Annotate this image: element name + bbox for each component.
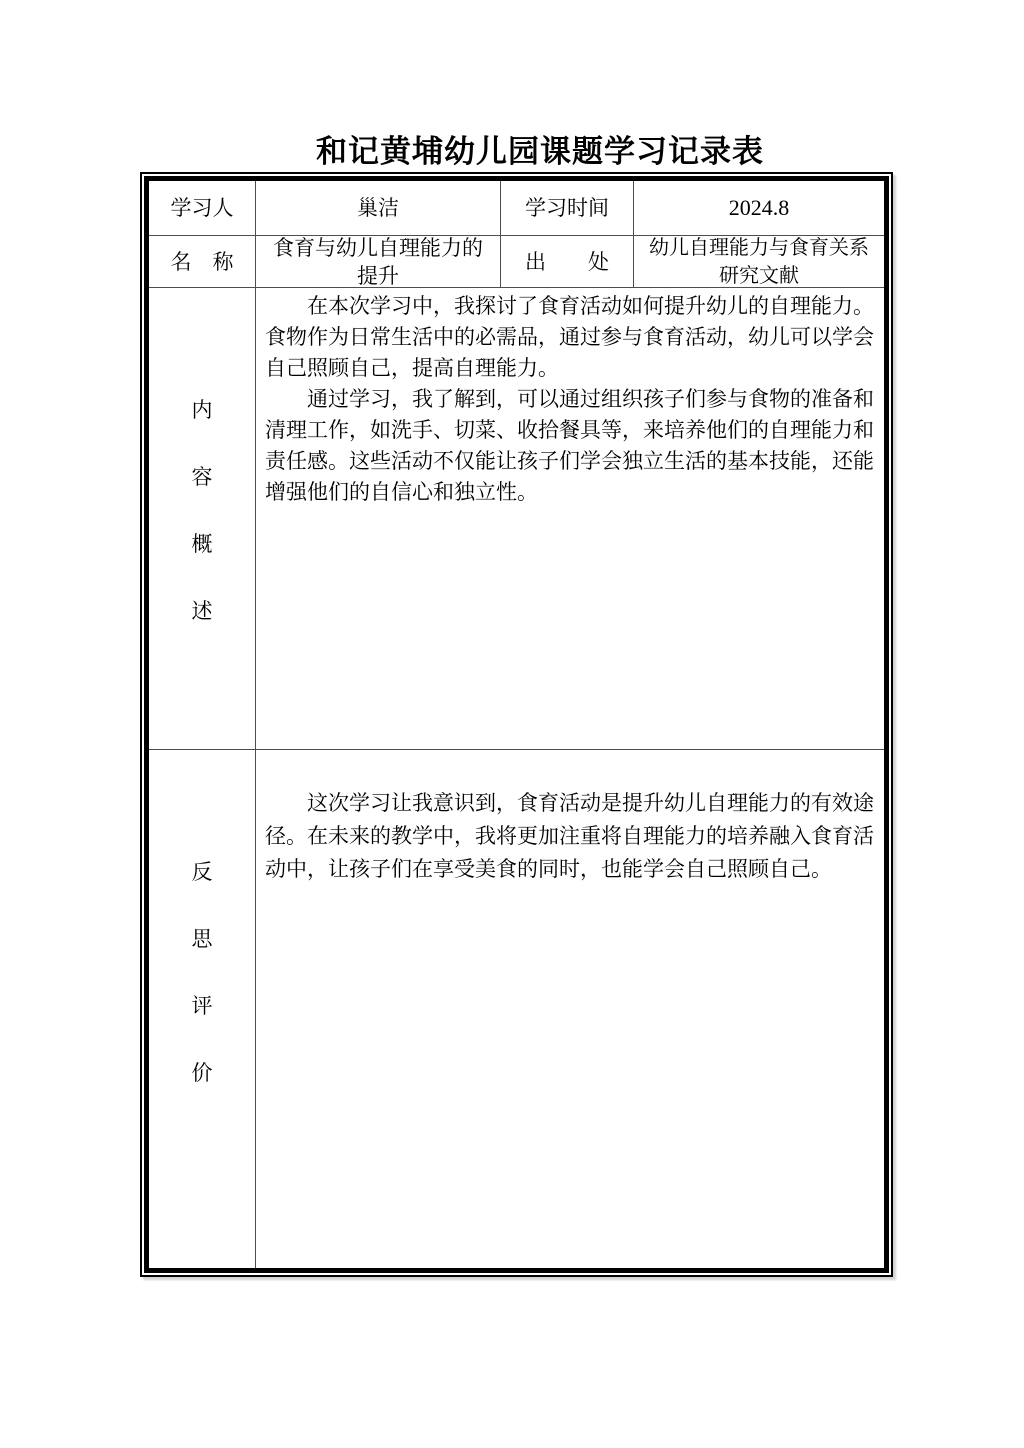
summary-label-cell: 内 容 概 述: [149, 288, 256, 749]
source-label-cell: 出 处: [501, 236, 634, 287]
name-label-cell: 名 称: [149, 236, 256, 287]
summary-paragraph: 通过学习，我了解到，可以通过组织孩子们参与食物的准备和清理工作，如洗手、切菜、收…: [265, 384, 874, 508]
summary-label-char: 概: [192, 534, 213, 555]
learner-label-cell: 学习人: [149, 181, 256, 235]
table-row-name: 名 称 食育与幼儿自理能力的提升 出 处 幼儿自理能力与食育关系研究文献: [149, 236, 884, 288]
learner-value-cell: 巢洁: [256, 181, 501, 235]
study-time-label-cell: 学习时间: [501, 181, 634, 235]
reflection-paragraph: 这次学习让我意识到，食育活动是提升幼儿自理能力的有效途径。在未来的教学中，我将更…: [265, 787, 874, 886]
reflection-label-cell: 反 思 评 价: [149, 750, 256, 1268]
reflection-label-char: 反: [192, 862, 213, 883]
study-time-value-cell: 2024.8: [634, 181, 884, 235]
reflection-label-char: 价: [192, 1063, 213, 1084]
summary-label-char: 内: [192, 400, 213, 421]
reflection-label-char: 评: [192, 996, 213, 1017]
summary-label-char: 容: [192, 467, 213, 488]
summary-paragraph: 在本次学习中，我探讨了食育活动如何提升幼儿的自理能力。食物作为日常生活中的必需品…: [265, 291, 874, 384]
record-table-frame: 学习人 巢洁 学习时间 2024.8 名 称 食育与幼儿自理能力的提升 出 处 …: [140, 172, 893, 1277]
reflection-label-char: 思: [192, 929, 213, 950]
name-value-cell: 食育与幼儿自理能力的提升: [256, 236, 501, 287]
summary-label-char: 述: [192, 601, 213, 622]
table-row-reflection: 反 思 评 价 这次学习让我意识到，食育活动是提升幼儿自理能力的有效途径。在未来…: [149, 750, 884, 1268]
table-row-learner: 学习人 巢洁 学习时间 2024.8: [149, 181, 884, 236]
summary-text-cell: 在本次学习中，我探讨了食育活动如何提升幼儿的自理能力。食物作为日常生活中的必需品…: [256, 288, 884, 749]
table-row-summary: 内 容 概 述 在本次学习中，我探讨了食育活动如何提升幼儿的自理能力。食物作为日…: [149, 288, 884, 750]
record-table: 学习人 巢洁 学习时间 2024.8 名 称 食育与幼儿自理能力的提升 出 处 …: [144, 176, 889, 1273]
source-value-cell: 幼儿自理能力与食育关系研究文献: [634, 236, 884, 287]
reflection-text-cell: 这次学习让我意识到，食育活动是提升幼儿自理能力的有效途径。在未来的教学中，我将更…: [256, 750, 884, 1268]
document-page: 和记黄埔幼儿园课题学习记录表 学习人 巢洁 学习时间 2024.8 名 称 食育…: [0, 0, 1024, 1448]
page-title: 和记黄埔幼儿园课题学习记录表: [180, 126, 900, 171]
